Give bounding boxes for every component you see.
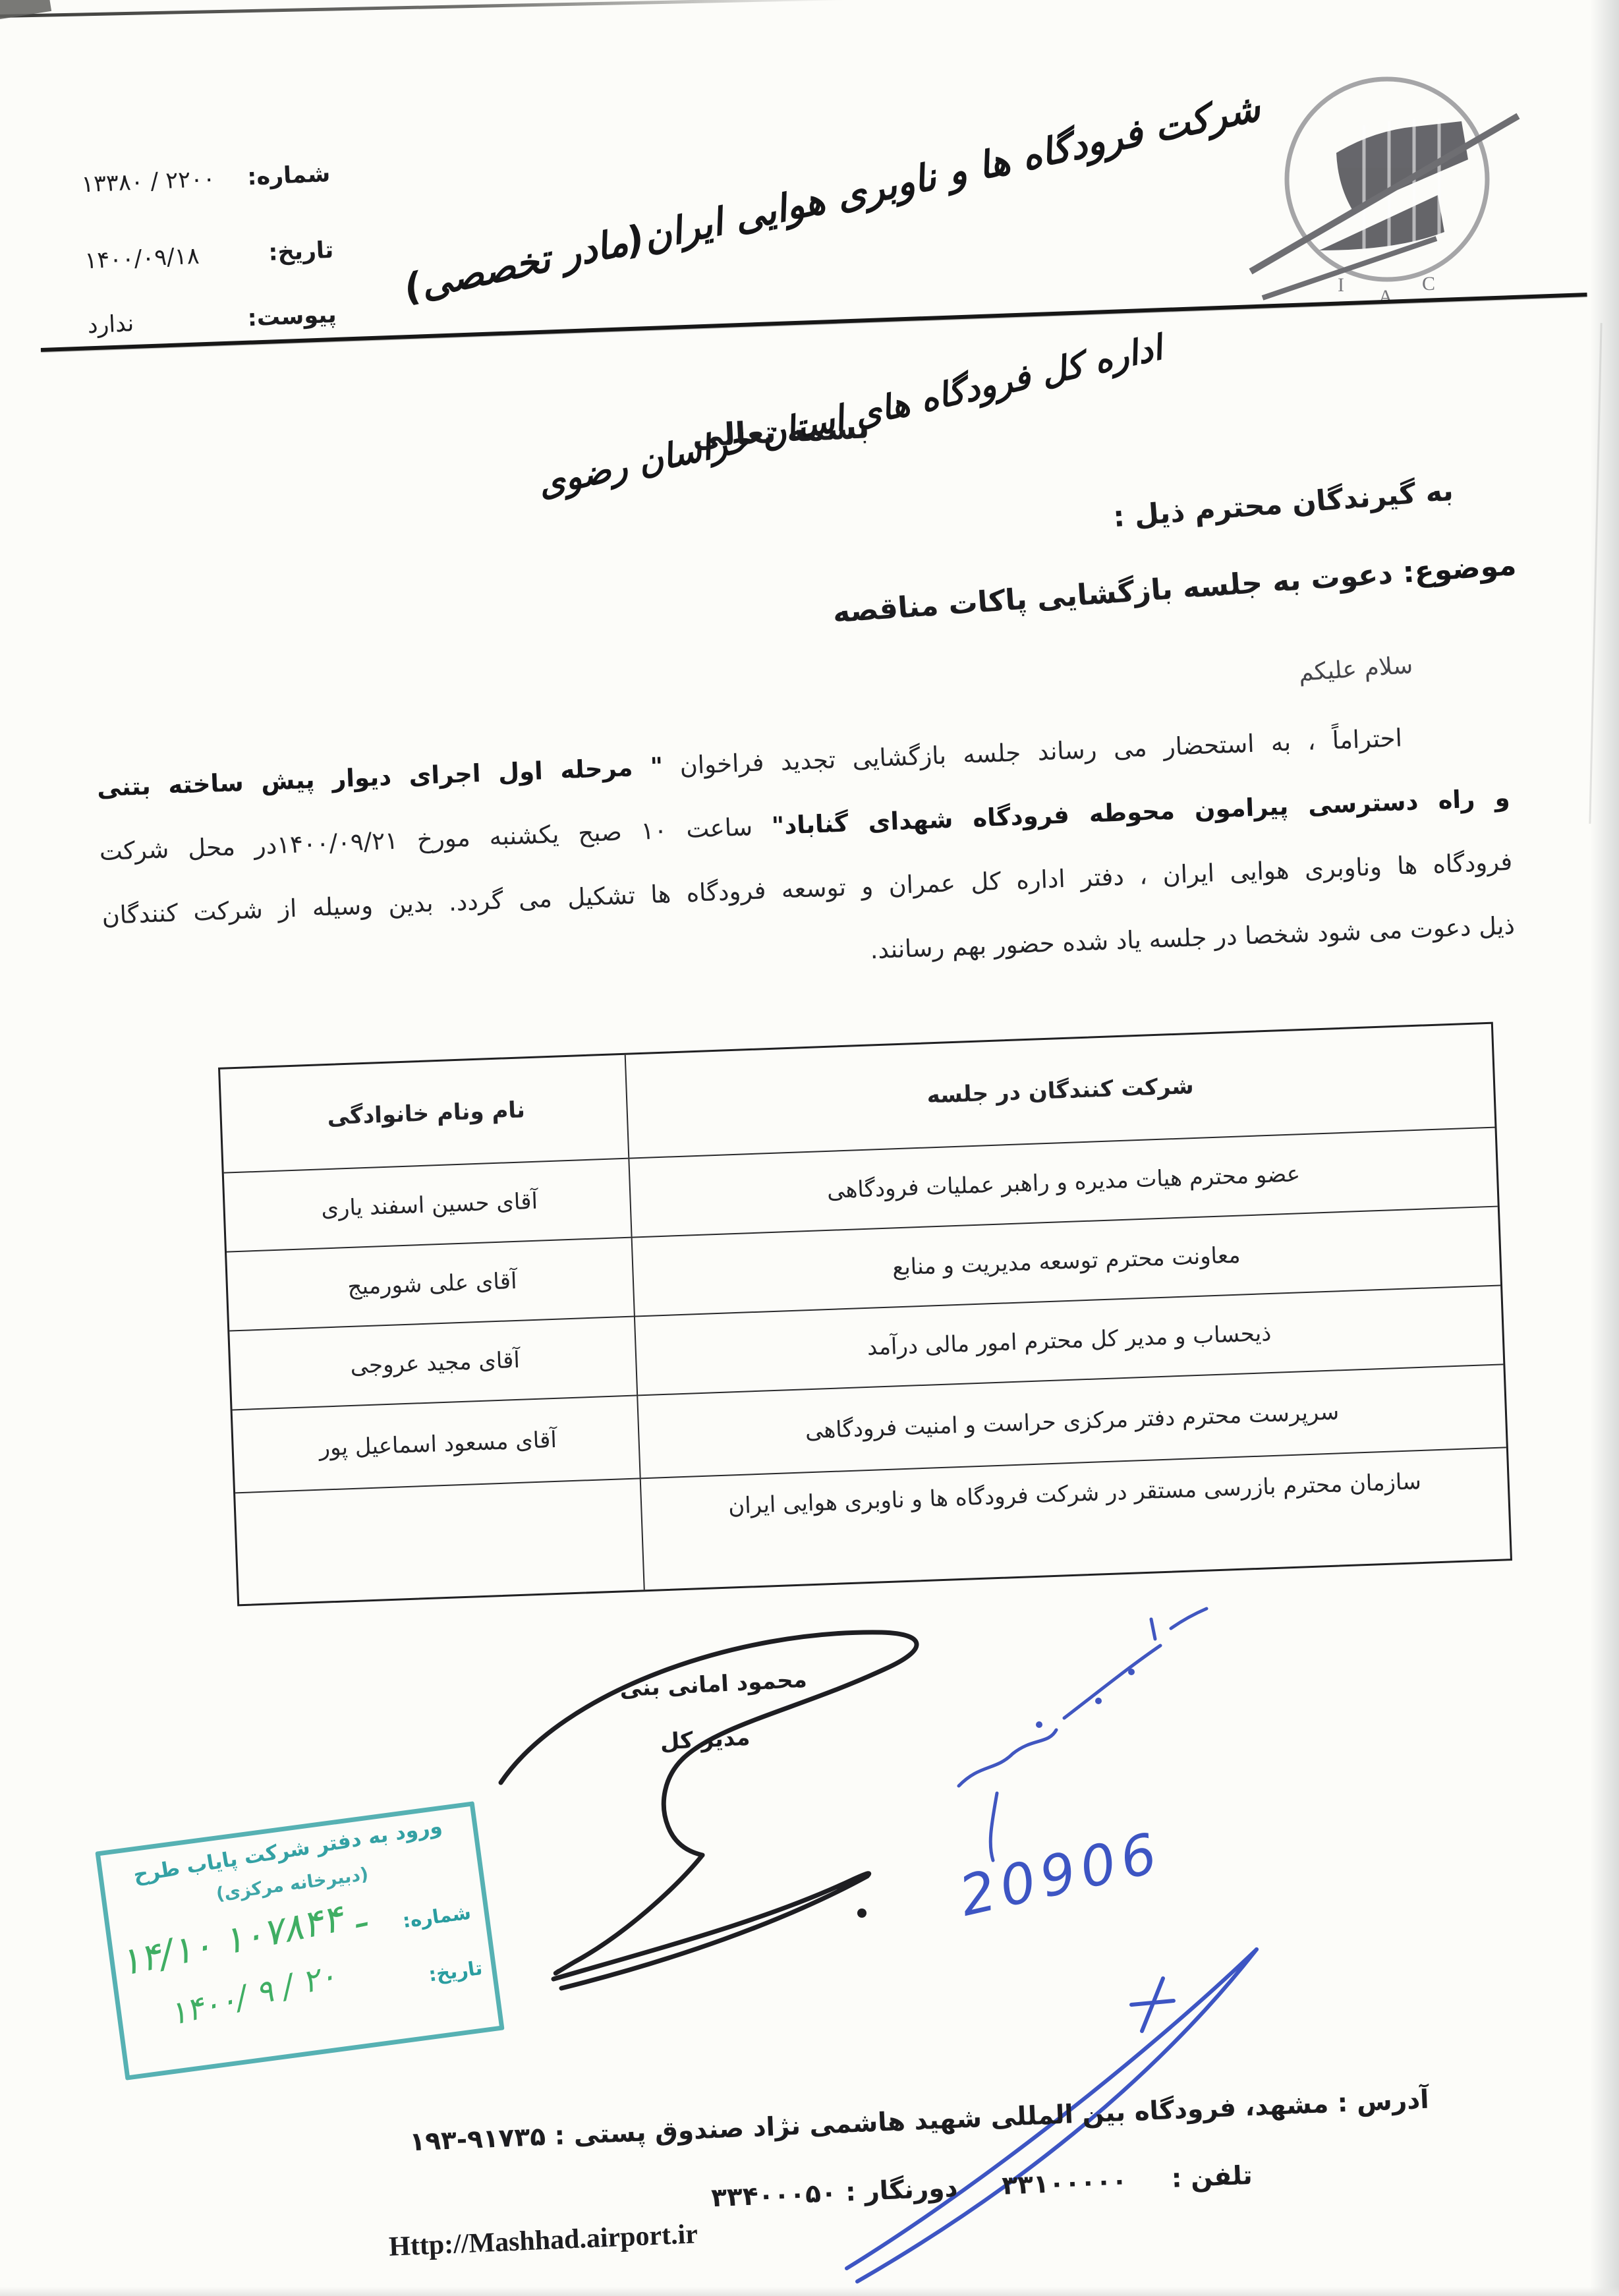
body-line-1-bold: " مرحله اول اجرای دیوار پیش ساخته بتنی bbox=[96, 752, 664, 802]
body-line-2-regular: ساعت ۱۰ صبح یکشنبه مورخ ۱۴۰۰/۰۹/۲۱در محل… bbox=[99, 812, 772, 866]
row-2-name: آقای علی شورمیج bbox=[231, 1238, 634, 1331]
footer-website-url: Http://Mashhad.airport.ir bbox=[324, 2216, 762, 2266]
body-line-2-bold: و راه دسترسی پیرامون محوطه فرودگاه شهدای… bbox=[771, 784, 1510, 840]
scan-bottom-shadow bbox=[0, 2287, 1619, 2296]
letterhead-company-name: شرکت فرودگاه ها و ناوبری هوایی ایران(ماد… bbox=[436, 86, 1264, 303]
footer-fax-label: دورنگار : bbox=[845, 2173, 958, 2208]
row-3-name: آقای مجید عروجی bbox=[233, 1317, 637, 1410]
footer-fax-value: ۳۳۴۰۰۰۵۰ bbox=[710, 2178, 837, 2213]
meta-row-attachment: پیوست: ندارد bbox=[87, 302, 337, 339]
attachment-value: ندارد bbox=[87, 310, 134, 339]
scan-right-edge-shadow bbox=[1590, 0, 1619, 2296]
date-label: تاریخ: bbox=[268, 237, 334, 266]
recipients-heading: به گیرندگان محترم ذیل : bbox=[1103, 474, 1463, 535]
subject-text: دعوت به جلسه بازگشایی پاکات مناقصه bbox=[832, 557, 1394, 629]
scanned-letter: شماره: ۱۳۳۸۰ / ۲۲۰۰ تاریخ: ۱۴۰۰/۰۹/۱۸ پی… bbox=[0, 0, 1619, 2296]
attachment-label: پیوست: bbox=[247, 302, 337, 332]
body-line-1-regular: احتراماً ، به استحضار می رساند جلسه بازگ… bbox=[662, 724, 1402, 780]
letter-meta-block: شماره: ۱۳۳۸۰ / ۲۲۰۰ تاریخ: ۱۴۰۰/۰۹/۱۸ پی… bbox=[81, 161, 337, 339]
row-1-name: آقای حسین اسفند یاری bbox=[228, 1159, 631, 1251]
stamp-date-label: تاریخ: bbox=[427, 1957, 484, 1986]
logo-letter-i: I bbox=[1338, 274, 1344, 296]
stamp-number-label: شماره: bbox=[401, 1901, 472, 1932]
logo-letter-c: C bbox=[1422, 273, 1435, 295]
footer-phone-label: تلفن : bbox=[1171, 2161, 1253, 2194]
footer-spacer bbox=[1137, 2187, 1163, 2189]
participants-table: شرکت کنندگان در جلسه نام ونام خانوادگی ع… bbox=[218, 1022, 1512, 1607]
footer-phone-value: ۳۳۱۰۰۰۰۰ bbox=[1002, 2166, 1128, 2201]
footer-spacer bbox=[967, 2195, 993, 2196]
subject-label: موضوع: bbox=[1402, 548, 1518, 590]
header-name: نام ونام خانوادگی bbox=[224, 1055, 628, 1172]
subject-line: موضوع: دعوت به جلسه بازگشایی پاکات مناقص… bbox=[824, 548, 1526, 630]
scan-top-edge-line bbox=[0, 0, 850, 18]
iac-logo: I A C bbox=[1239, 53, 1529, 316]
number-value: ۱۳۳۸۰ / ۲۲۰۰ bbox=[81, 165, 216, 198]
row-4-name: آقای مسعود اسماعیل پور bbox=[237, 1396, 640, 1492]
meta-row-number: شماره: ۱۳۳۸۰ / ۲۲۰۰ bbox=[81, 161, 331, 198]
row-5-name bbox=[239, 1479, 644, 1604]
number-label: شماره: bbox=[247, 161, 331, 190]
meta-row-date: تاریخ: ۱۴۰۰/۰۹/۱۸ bbox=[84, 237, 334, 274]
salutation: سلام علیکم bbox=[1251, 648, 1460, 690]
date-value: ۱۴۰۰/۰۹/۱۸ bbox=[84, 243, 200, 275]
entry-stamp: ورود به دفتر شرکت پایاب طرح (دبیرخانه مر… bbox=[95, 1801, 504, 2081]
scan-corner-blotch bbox=[0, 0, 51, 20]
basmala-heading: بسمه تعالی bbox=[671, 408, 890, 455]
body-paragraph: احتراماً ، به استحضار می رساند جلسه بازگ… bbox=[96, 702, 1516, 1012]
logo-letter-a: A bbox=[1378, 286, 1393, 308]
